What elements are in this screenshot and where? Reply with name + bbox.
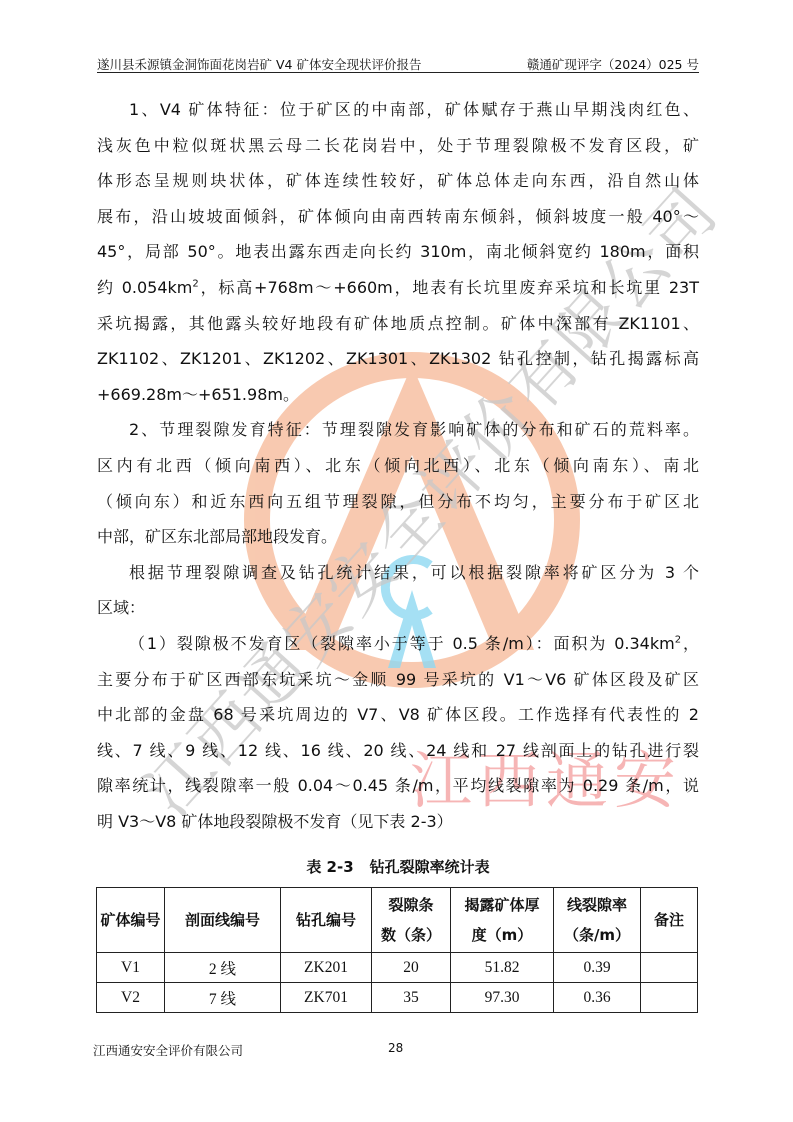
table-cell [641,953,698,983]
text-line: 根据节理裂隙调查及钻孔统计结果，可以根据裂隙率将矿区分为 3 个 [97,555,699,591]
table-title: 钻孔裂隙率统计表 [370,858,490,876]
table-cell: 0.36 [554,983,641,1013]
table-cell: V2 [97,983,165,1013]
text-fragment: ，标高+768m～+660m，地表有长坑里废弃采坑和长坑里 23T [199,278,699,297]
table-cell [641,983,698,1013]
text-line: 采坑揭露，其他露头较好地段有矿体地质点控制。矿体中深部有 ZK1101、 [97,306,699,342]
text-line: （1）裂隙极不发育区（裂隙率小于等于 0.5 条/m）：面积为 0.34km2， [97,626,699,662]
column-header: 备注 [641,888,698,953]
text-line: 1、V4 矿体特征：位于矿区的中南部，矿体赋存于燕山早期浅肉红色、 [97,92,699,128]
table-cell: 2 线 [165,953,281,983]
table-row: V2 7 线 ZK701 35 97.30 0.36 [97,983,698,1013]
column-header: 剖面线编号 [165,888,281,953]
text-line: 中北部的金盘 68 号采坑周边的 V7、V8 矿体区段。工作选择有代表性的 2 [97,697,699,733]
text-line: 约 0.054km2，标高+768m～+660m，地表有长坑里废弃采坑和长坑里 … [97,270,699,306]
paragraph-zoning: 根据节理裂隙调查及钻孔统计结果，可以根据裂隙率将矿区分为 3 个 区域： [97,555,699,626]
table-cell: 51.82 [451,953,554,983]
table-header-row: 矿体编号 剖面线编号 钻孔编号 裂隙条数（条） 揭露矿体厚度（m） 线裂隙率（条… [97,888,698,953]
table-cell: 0.39 [554,953,641,983]
paragraph-zone-1: （1）裂隙极不发育区（裂隙率小于等于 0.5 条/m）：面积为 0.34km2，… [97,626,699,840]
column-header: 线裂隙率（条/m） [554,888,641,953]
text-line: （倾向东）和近东西向五组节理裂隙，但分布不均匀，主要分布于矿区北 [97,484,699,520]
table-cell: 35 [372,983,451,1013]
table-cell: 97.30 [451,983,554,1013]
table-cell: ZK701 [281,983,372,1013]
table-cell: ZK201 [281,953,372,983]
table-cell: V1 [97,953,165,983]
text-fragment: ， [681,634,699,653]
text-line: 线、7 线、9 线、12 线、16 线、20 线、24 线和 27 线剖面上的钻… [97,733,699,769]
text-line: 区域： [97,590,699,626]
body-text: 1、V4 矿体特征：位于矿区的中南部，矿体赋存于燕山早期浅肉红色、 浅灰色中粒似… [97,92,699,839]
text-line: 2、节理裂隙发育特征：节理裂隙发育影响矿体的分布和矿石的荒料率。 [97,412,699,448]
fissure-rate-table: 矿体编号 剖面线编号 钻孔编号 裂隙条数（条） 揭露矿体厚度（m） 线裂隙率（条… [96,887,698,1013]
text-line: ZK1102、ZK1201、ZK1202、ZK1301、ZK1302 钻孔控制，… [97,341,699,377]
paragraph-v4-features: 1、V4 矿体特征：位于矿区的中南部，矿体赋存于燕山早期浅肉红色、 浅灰色中粒似… [97,92,699,412]
footer-company: 江西通安安全评价有限公司 [93,1041,243,1059]
page-header: 遂川县禾源镇金洞饰面花岗岩矿 V4 矿体安全现状评价报告 赣通矿现评字（2024… [97,54,699,73]
text-line: 区内有北西（倾向南西）、北东（倾向北西）、北东（倾向南东）、南北 [97,448,699,484]
table-cell: 7 线 [165,983,281,1013]
text-line: 浅灰色中粒似斑状黑云母二长花岗岩中，处于节理裂隙极不发育区段，矿 [97,128,699,164]
page-number: 28 [388,1041,403,1055]
text-fragment: （1）裂隙极不发育区（裂隙率小于等于 0.5 条/m）：面积为 0.34km [129,634,675,653]
text-line: 中部，矿区东北部局部地段发育。 [97,519,699,555]
column-header: 揭露矿体厚度（m） [451,888,554,953]
report-title: 遂川县禾源镇金洞饰面花岗岩矿 V4 矿体安全现状评价报告 [97,55,421,73]
document-number: 赣通矿现评字（2024）025 号 [527,55,699,73]
text-line: 明 V3～V8 矿体地段裂隙极不发育（见下表 2-3） [97,804,699,840]
column-header: 矿体编号 [97,888,165,953]
column-header: 裂隙条数（条） [372,888,451,953]
table-row: V1 2 线 ZK201 20 51.82 0.39 [97,953,698,983]
text-line: +669.28m～+651.98m。 [97,377,699,413]
text-line: 展布，沿山坡坡面倾斜，矿体倾向由南西转南东倾斜，倾斜坡度一般 40°～ [97,199,699,235]
text-line: 体形态呈规则块状体，矿体连续性较好，矿体总体走向东西，沿自然山体 [97,163,699,199]
table-number: 表 2-3 [306,858,353,876]
text-line: 45°，局部 50°。地表出露东西走向长约 310m，南北倾斜宽约 180m，面… [97,234,699,270]
paragraph-joint-fissure: 2、节理裂隙发育特征：节理裂隙发育影响矿体的分布和矿石的荒料率。 区内有北西（倾… [97,412,699,554]
text-line: 主要分布于矿区西部东坑采坑～金顺 99 号采坑的 V1～V6 矿体区段及矿区 [97,662,699,698]
table-caption: 表 2-3钻孔裂隙率统计表 [97,856,699,877]
column-header: 钻孔编号 [281,888,372,953]
text-fragment: 约 0.054km [97,278,192,297]
text-line: 隙率统计，线裂隙率一般 0.04～0.45 条/m，平均线裂隙率为 0.29 条… [97,768,699,804]
table-cell: 20 [372,953,451,983]
